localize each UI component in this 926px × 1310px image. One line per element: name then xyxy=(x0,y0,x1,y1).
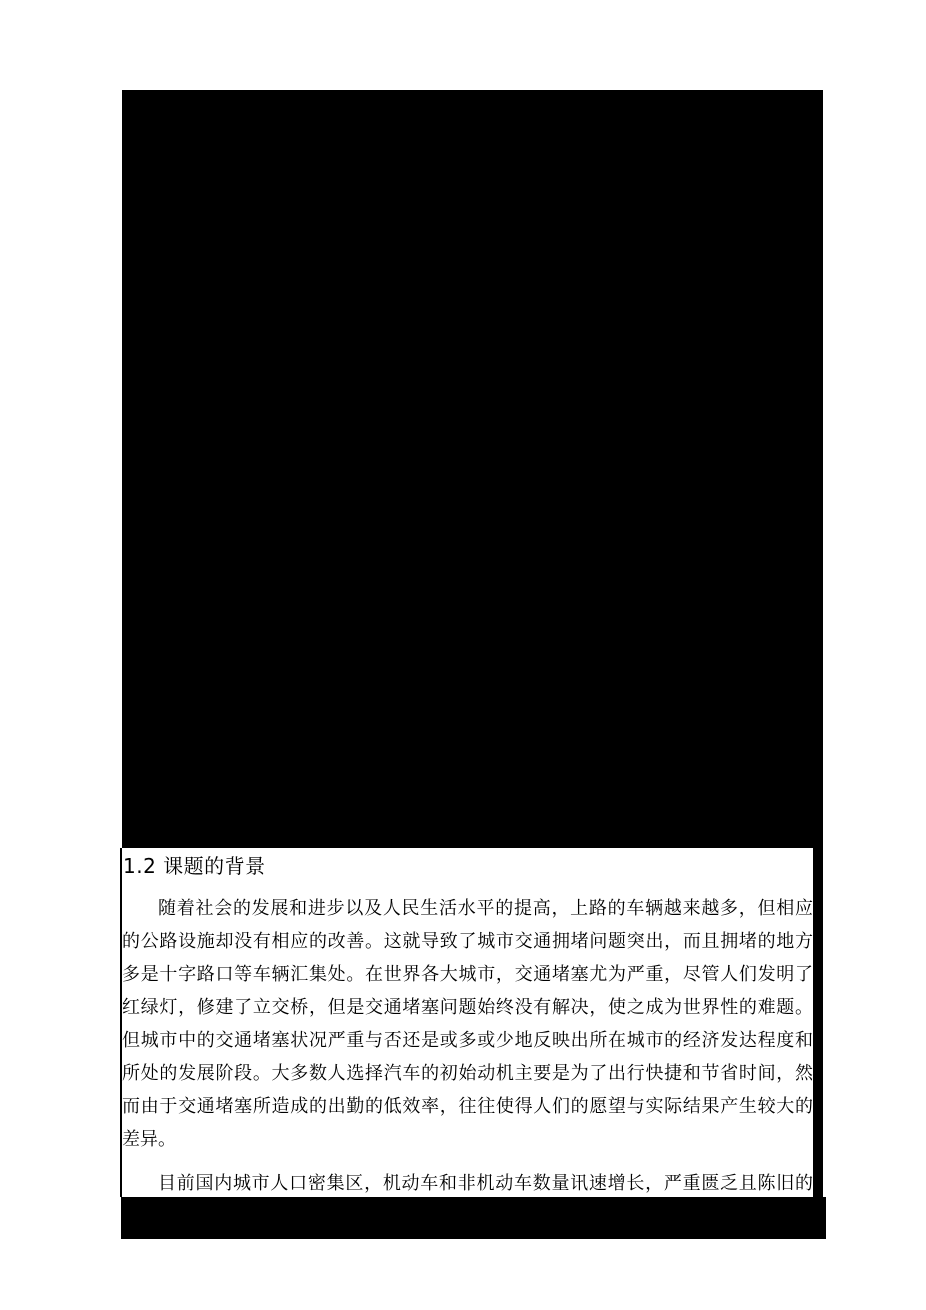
paragraph-2: 目前国内城市人口密集区，机动车和非机动车数量讯速增长，严重匮乏且陈旧的 xyxy=(122,1167,813,1197)
paragraph-1-line-8: 差异。 xyxy=(122,1123,813,1156)
paragraph-1-line-6: 所处的发展阶段。大多数人选择汽车的初始动机主要是为了出行快捷和节省时间，然 xyxy=(122,1057,813,1090)
paragraph-1-line-1: 随着社会的发展和进步以及人民生活水平的提高，上路的车辆越来越多，但相应 xyxy=(122,892,813,925)
paragraph-1-line-2: 的公路设施却没有相应的改善。这就导致了城市交通拥堵问题突出，而且拥堵的地方 xyxy=(122,925,813,958)
paragraph-1: 随着社会的发展和进步以及人民生活水平的提高，上路的车辆越来越多，但相应 的公路设… xyxy=(122,892,813,1156)
paragraph-2-line-1: 目前国内城市人口密集区，机动车和非机动车数量讯速增长，严重匮乏且陈旧的 xyxy=(122,1167,813,1197)
paragraph-1-line-7: 而由于交通堵塞所造成的出勤的低效率，往往使得人们的愿望与实际结果产生较大的 xyxy=(122,1090,813,1123)
paragraph-1-line-4: 红绿灯，修建了立交桥，但是交通堵塞问题始终没有解决，使之成为世界性的难题。 xyxy=(122,991,813,1024)
section-heading: 1.2 课题的背景 xyxy=(122,848,813,881)
bottom-figure-black-block xyxy=(121,1197,826,1239)
top-figure-black-block xyxy=(122,90,823,848)
text-section: 1.2 课题的背景 随着社会的发展和进步以及人民生活水平的提高，上路的车辆越来越… xyxy=(120,848,823,1197)
paragraph-1-line-5: 但城市中的交通堵塞状况严重与否还是或多或少地反映出所在城市的经济发达程度和 xyxy=(122,1024,813,1057)
document-page: 1.2 课题的背景 随着社会的发展和进步以及人民生活水平的提高，上路的车辆越来越… xyxy=(0,0,926,1310)
paragraph-1-line-3: 多是十字路口等车辆汇集处。在世界各大城市，交通堵塞尤为严重，尽管人们发明了 xyxy=(122,958,813,991)
